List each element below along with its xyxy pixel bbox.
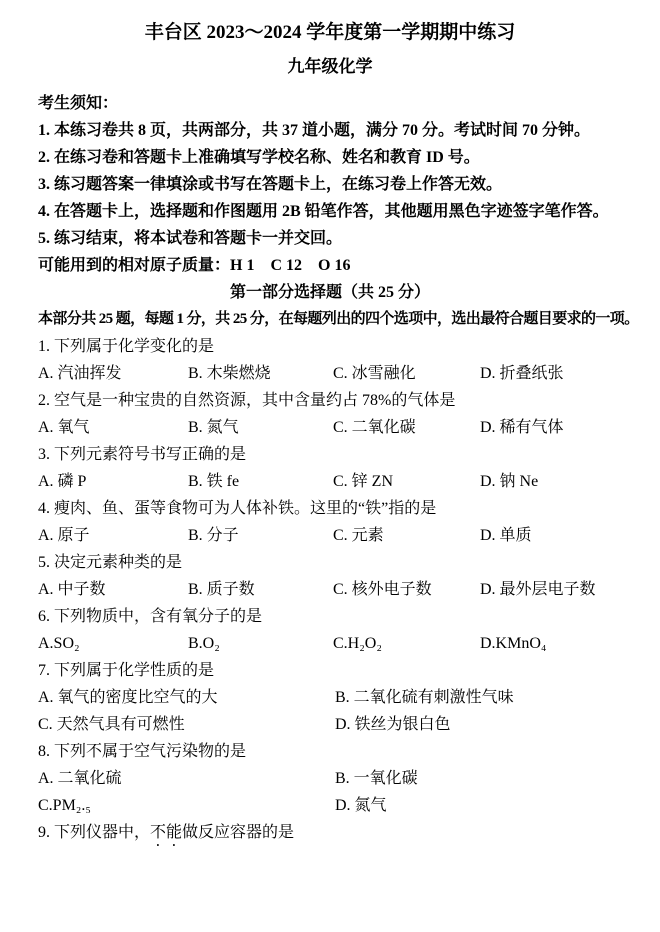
option-6-b: B.O₂ — [188, 630, 333, 657]
question-6-options: A.SO₂ B.O₂ C.H₂O₂ D.KMnO₄ — [38, 630, 650, 657]
atomic-mass-line: 可能用到的相对原子质量：H 1 C 12 O 16 — [38, 252, 650, 279]
option-7-d: D. 铁丝为银白色 — [335, 711, 650, 738]
option-2-d: D. 稀有气体 — [480, 414, 650, 441]
question-3-options: A. 磷 P B. 铁 fe C. 锌 ZN D. 钠 Ne — [38, 468, 650, 495]
option-8-b: B. 一氧化碳 — [335, 765, 650, 792]
exam-title: 丰台区 2023～2024 学年度第一学期期中练习 — [10, 16, 650, 50]
option-4-a: A. 原子 — [38, 522, 188, 549]
question-4-stem: 4. 瘦肉、鱼、蛋等食物可为人体补铁。这里的“铁”指的是 — [38, 495, 650, 522]
question-2-stem: 2. 空气是一种宝贵的自然资源，其中含量约占 78%的气体是 — [38, 387, 650, 414]
option-3-a: A. 磷 P — [38, 468, 188, 495]
notice-item-5: 5. 练习结束，将本试卷和答题卡一并交回。 — [38, 225, 650, 252]
notice-item-3: 3. 练习题答案一律填涂或书写在答题卡上，在练习卷上作答无效。 — [38, 171, 650, 198]
notice-item-1: 1. 本练习卷共 8 页，共两部分，共 37 道小题，满分 70 分。考试时间 … — [38, 117, 650, 144]
option-7-a: A. 氧气的密度比空气的大 — [38, 684, 335, 711]
question-6-stem: 6. 下列物质中，含有氧分子的是 — [38, 603, 650, 630]
option-3-d: D. 钠 Ne — [480, 468, 650, 495]
option-6-c: C.H₂O₂ — [333, 630, 480, 657]
option-8-c: C.PM₂.₅ — [38, 792, 335, 819]
option-2-c: C. 二氧化碳 — [333, 414, 480, 441]
option-1-c: C. 冰雪融化 — [333, 360, 480, 387]
option-5-c: C. 核外电子数 — [333, 576, 480, 603]
option-6-a: A.SO₂ — [38, 630, 188, 657]
notice-item-4: 4. 在答题卡上，选择题和作图题用 2B 铅笔作答，其他题用黑色字迹签字笔作答。 — [38, 198, 650, 225]
option-5-d: D. 最外层电子数 — [480, 576, 650, 603]
question-3-stem: 3. 下列元素符号书写正确的是 — [38, 441, 650, 468]
question-7-stem: 7. 下列属于化学性质的是 — [38, 657, 650, 684]
question-7-options-row-2: C. 天然气具有可燃性 D. 铁丝为银白色 — [38, 711, 650, 738]
option-7-c: C. 天然气具有可燃性 — [38, 711, 335, 738]
option-1-b: B. 木柴燃烧 — [188, 360, 333, 387]
question-5-stem: 5. 决定元素种类的是 — [38, 549, 650, 576]
question-9-stem-suffix: 做反应容器的是 — [182, 824, 294, 841]
option-1-a: A. 汽油挥发 — [38, 360, 188, 387]
option-4-c: C. 元素 — [333, 522, 480, 549]
option-1-d: D. 折叠纸张 — [480, 360, 650, 387]
question-8-stem: 8. 下列不属于空气污染物的是 — [38, 738, 650, 765]
option-3-c: C. 锌 ZN — [333, 468, 480, 495]
question-2-options: A. 氧气 B. 氮气 C. 二氧化碳 D. 稀有气体 — [38, 414, 650, 441]
option-4-d: D. 单质 — [480, 522, 650, 549]
exam-subtitle: 九年级化学 — [10, 50, 650, 90]
exam-page: 丰台区 2023～2024 学年度第一学期期中练习 九年级化学 考生须知： 1.… — [0, 0, 660, 932]
question-1-stem: 1. 下列属于化学变化的是 — [38, 333, 650, 360]
option-8-d: D. 氮气 — [335, 792, 650, 819]
section-intro: 本部分共 25 题，每题 1 分，共 25 分，在每题列出的四个选项中，选出最符… — [38, 306, 650, 333]
question-9-stem-emphasis: 不能 — [150, 824, 182, 841]
option-2-a: A. 氧气 — [38, 414, 188, 441]
option-2-b: B. 氮气 — [188, 414, 333, 441]
option-8-a: A. 二氧化硫 — [38, 765, 335, 792]
question-1-options: A. 汽油挥发 B. 木柴燃烧 C. 冰雪融化 D. 折叠纸张 — [38, 360, 650, 387]
option-5-b: B. 质子数 — [188, 576, 333, 603]
option-7-b: B. 二氧化硫有刺激性气味 — [335, 684, 650, 711]
question-8-options-row-2: C.PM₂.₅ D. 氮气 — [38, 792, 650, 819]
question-5-options: A. 中子数 B. 质子数 C. 核外电子数 D. 最外层电子数 — [38, 576, 650, 603]
question-9-stem-prefix: 9. 下列仪器中， — [38, 824, 150, 841]
section-title: 第一部分选择题（共 25 分） — [10, 279, 650, 306]
question-8-options-row-1: A. 二氧化硫 B. 一氧化碳 — [38, 765, 650, 792]
option-4-b: B. 分子 — [188, 522, 333, 549]
notice-heading: 考生须知： — [38, 90, 650, 117]
question-9-stem: 9. 下列仪器中，不能做反应容器的是 — [38, 819, 650, 846]
notice-item-2: 2. 在练习卷和答题卡上准确填写学校名称、姓名和教育 ID 号。 — [38, 144, 650, 171]
option-5-a: A. 中子数 — [38, 576, 188, 603]
question-7-options-row-1: A. 氧气的密度比空气的大 B. 二氧化硫有刺激性气味 — [38, 684, 650, 711]
question-4-options: A. 原子 B. 分子 C. 元素 D. 单质 — [38, 522, 650, 549]
option-3-b: B. 铁 fe — [188, 468, 333, 495]
option-6-d: D.KMnO₄ — [480, 630, 650, 657]
